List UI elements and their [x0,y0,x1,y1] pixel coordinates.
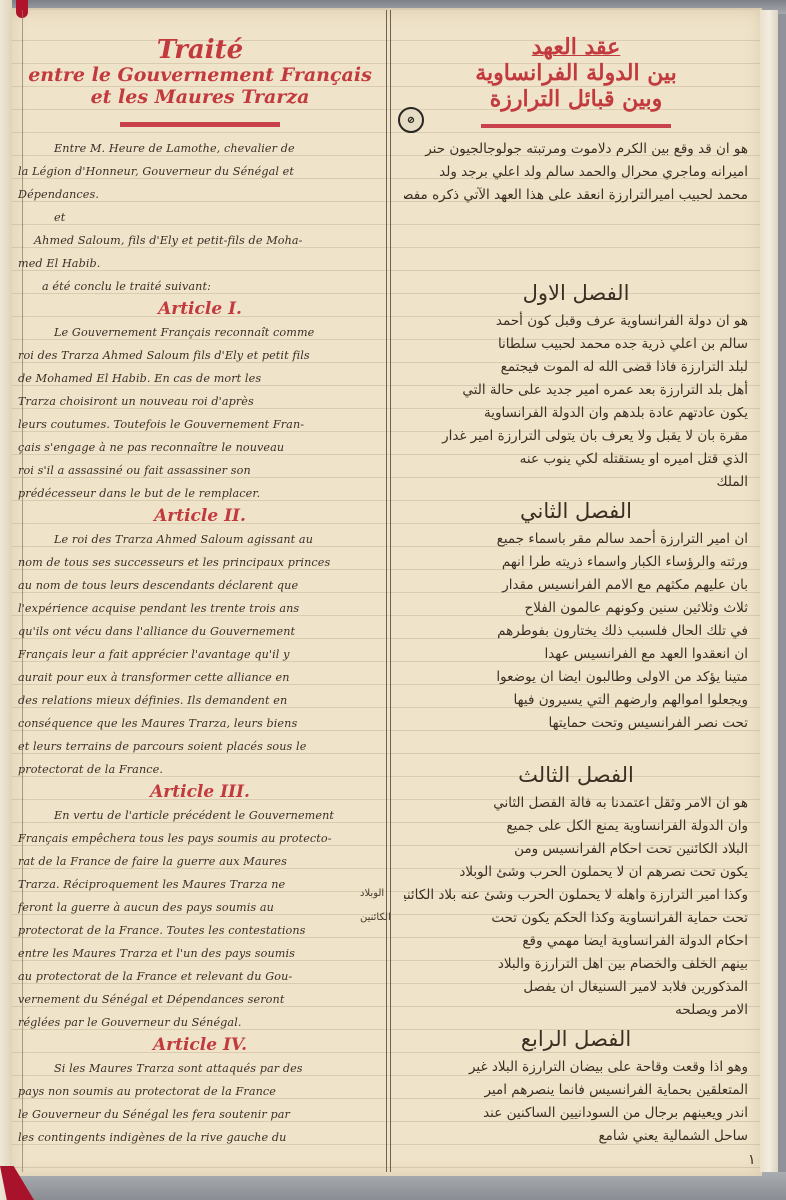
column-divider-left [386,10,387,1172]
article-3-body: En vertu de l'article précédent le Gouve… [18,804,382,1034]
text-line: des relations mieux définies. Ils demand… [18,689,382,712]
arabic-section-4-heading: الفصل الرابع [404,1022,748,1056]
text-line: aurait pour eux à transformer cette alli… [18,666,382,689]
text-line: qu'ils ont vécu dans l'alliance du Gouve… [18,620,382,643]
text-line: في تلك الحال فلسبب ذلك يختارون بفوطرهم [404,620,748,643]
text-line: احكام الدولة الفرانساوية ايضا مهمي وقع [404,930,748,953]
text-line: محمد لحبيب اميرالترارزة انعقد على هذا ال… [404,184,748,207]
french-subtitle-2: et les Maures Trarza [18,86,382,108]
text-line: ان امير الترارزة أحمد سالم مقر باسماء جم… [404,528,748,551]
text-line: تحت نصر الفرانسيس وتحت حمايتها [404,712,748,735]
text-line: protectorat de la France. [18,758,382,781]
text-line: vernement du Sénégal et Dépendances sero… [18,988,382,1011]
text-line: de Mohamed El Habib. En cas de mort les [18,367,382,390]
arabic-preamble: هو ان قد وقع بين الكرم دلاموت ومرتبته جو… [404,138,748,207]
blank-line [404,735,748,758]
text-line: prédécesseur dans le but de le remplacer… [18,482,382,505]
text-line: المذكورين فلابد لامير السنيغال ان يفصل [404,976,748,999]
text-line: feront la guerre à aucun des pays soumis… [18,896,382,919]
text-line: Si les Maures Trarza sont attaqués par d… [18,1057,382,1080]
text-line: المتعلقين بحماية الفرانسيس فانما ينصرهم … [404,1079,748,1102]
text-line: la Légion d'Honneur, Gouverneur du Sénég… [18,160,382,183]
article-2-heading: Article II. [18,505,382,528]
page-fore-edge [760,10,778,1172]
french-title: Traité [18,36,382,64]
text-line: Trarza. Réciproquement les Maures Trarza… [18,873,382,896]
text-line: l'expérience acquise pendant les trente … [18,597,382,620]
text-line: ان انعقدوا العهد مع الفرانسيس عهدا [404,643,748,666]
text-line: au nom de tous leurs descendants déclare… [18,574,382,597]
text-line: réglées par le Gouverneur du Sénégal. [18,1011,382,1034]
arabic-section-4-body: وهو اذا وقعت وقاحة على بيضان الترارزة ال… [404,1056,748,1148]
text-line: البلاد الكائنين تحت احكام الفرانسيس ومن [404,838,748,861]
text-line: تحت حماية الفرانساوية وكذا الحكم يكون تح… [404,907,748,930]
text-line: الامر ويصلحه [404,999,748,1022]
text-line: nom de tous ses successeurs et les princ… [18,551,382,574]
text-line: وهو اذا وقعت وقاحة على بيضان الترارزة ال… [404,1056,748,1079]
arabic-subtitle-1: بين الدولة الفرانساوية [404,60,748,86]
blank-line [404,253,748,276]
blank-line [404,230,748,253]
text-line: ساحل الشمالية يعني شامع [404,1125,748,1148]
text-line: Français leur a fait apprécier l'avantag… [18,643,382,666]
article-2-body: Le roi des Trarza Ahmed Saloum agissant … [18,528,382,781]
text-line: au protectorat de la France et relevant … [18,965,382,988]
text-line: Dépendances. [18,183,382,206]
text-line: rat de la France de faire la guerre aux … [18,850,382,873]
margin-note: الوبلاد [360,888,384,899]
text-line: entre les Maures Trarza et l'un des pays… [18,942,382,965]
text-line: roi s'il a assassiné ou fait assassiner … [18,459,382,482]
text-line: çais s'engage à ne pas reconnaître le no… [18,436,382,459]
text-line: med El Habib. [18,252,382,275]
text-line: et [18,206,382,229]
text-line: سالم بن اعلي ذرية جده محمد لحبيب سلطانا [404,333,748,356]
text-line: leurs coutumes. Toutefois le Gouvernemen… [18,413,382,436]
text-line: متينا يؤكد من الاولى وطالبون ايضا ان يوض… [404,666,748,689]
text-line: وان الدولة الفرانساوية يمنع الكل على جمي… [404,815,748,838]
text-line: يكون عادتهم عادة بلدهم وان الدولة الفران… [404,402,748,425]
blank-line [404,207,748,230]
text-line: ثلاث وثلاثين سنين وكونهم عالمون الفلاح [404,597,748,620]
arabic-section-2-heading: الفصل الثاني [404,494,748,528]
arabic-subtitle-2: وبين قبائل الترارزة [404,86,748,112]
text-line: الملك [404,471,748,494]
arabic-title-underline [481,124,671,128]
text-line: الذي قتل اميره او يستقتله لكي ينوب عنه [404,448,748,471]
arabic-section-1-heading: الفصل الاول [404,276,748,310]
text-line: بان عليهم مكثهم مع الامم الفرانسيس مقدار [404,574,748,597]
article-1-heading: Article I. [18,298,382,321]
text-line: Entre M. Heure de Lamothe, chevalier de [18,137,382,160]
text-line: pays non soumis au protectorat de la Fra… [18,1080,382,1103]
column-divider-right [390,10,391,1172]
text-line: le Gouverneur du Sénégal les fera souten… [18,1103,382,1126]
text-line: Le Gouvernement Français reconnaît comme [18,321,382,344]
arabic-section-1-body: هو ان دولة الفرانساوية عرف وقبل كون أحمد… [404,310,748,494]
text-line: ورثته والرؤساء الكبار واسماء ذريته طرا ا… [404,551,748,574]
title-underline [120,122,280,127]
article-1-body: Le Gouvernement Français reconnaît comme… [18,321,382,505]
text-line: بينهم الخلف والخصام بين اهل الترارزة وال… [404,953,748,976]
book-binding [0,0,12,1200]
text-line: هو ان الامر وثقل اعتمدنا به فالة الفصل ا… [404,792,748,815]
article-4-body: Si les Maures Trarza sont attaqués par d… [18,1057,382,1149]
text-line: لبلد الترارزة فاذا قضى الله له الموت فيج… [404,356,748,379]
text-line: مقرة بان لا يقبل ولا يعرف بان يتولى التر… [404,425,748,448]
text-line: هو ان دولة الفرانساوية عرف وقبل كون أحمد [404,310,748,333]
text-line: conséquence que les Maures Trarza, leurs… [18,712,382,735]
text-line: protectorat de la France. Toutes les con… [18,919,382,942]
text-line: roi des Trarza Ahmed Saloum fils d'Ely e… [18,344,382,367]
text-line: et leurs terrains de parcours soient pla… [18,735,382,758]
arabic-section-3-body: هو ان الامر وثقل اعتمدنا به فالة الفصل ا… [404,792,748,1022]
arabic-section-3-heading: الفصل الثالث [404,758,748,792]
scan-bottom-edge [0,1172,786,1200]
text-line: Français empêchera tous les pays soumis … [18,827,382,850]
margin-note: الكائنين [360,912,391,923]
page-number: ١ [748,1152,756,1168]
text-line: a été conclu le traité suivant: [18,275,382,298]
text-line: هو ان قد وقع بين الكرم دلاموت ومرتبته جو… [404,138,748,161]
article-3-heading: Article III. [18,781,382,804]
french-subtitle-1: entre le Gouvernement Français [18,64,382,86]
text-line: Le roi des Trarza Ahmed Saloum agissant … [18,528,382,551]
text-line: Trarza choisiront un nouveau roi d'après [18,390,382,413]
text-line: Ahmed Saloum, fils d'Ely et petit-fils d… [18,229,382,252]
article-4-heading: Article IV. [18,1034,382,1057]
arabic-section-2-body: ان امير الترارزة أحمد سالم مقر باسماء جم… [404,528,748,735]
arabic-column: عقد العهد بين الدولة الفرانساوية وبين قب… [404,34,748,1148]
french-preamble: Entre M. Heure de Lamothe, chevalier de … [18,137,382,298]
text-line: وكذا امير الترارزة واهله لا يحملون الحرب… [404,884,748,907]
text-line: اميرانه وماجري محرال والحمد سالم ولد اعل… [404,161,748,184]
text-line: يكون تحت نصرهم ان لا يحملون الحرب وشئ ال… [404,861,748,884]
text-line: اندر ويعينهم برجال من السودانيين الساكني… [404,1102,748,1125]
arabic-title: عقد العهد [404,34,748,60]
text-line: les contingents indigènes de la rive gau… [18,1126,382,1149]
french-column: Traité entre le Gouvernement Français et… [18,36,382,1149]
text-line: أهل بلد الترارزة بعد عمره امير جديد على … [404,379,748,402]
text-line: En vertu de l'article précédent le Gouve… [18,804,382,827]
text-line: ويجعلوا اموالهم وارضهم التي يسيرون فيها [404,689,748,712]
